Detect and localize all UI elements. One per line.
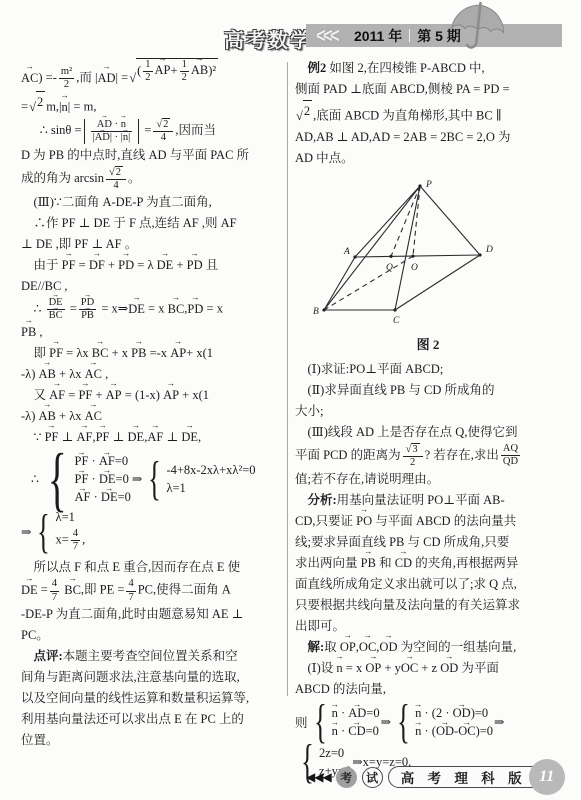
fraction: 12 (143, 59, 152, 84)
text-line: 线;要求异面直线 PB 与 CD 所成角,只要 (295, 532, 561, 553)
vector: AF (75, 490, 91, 505)
system-lines: n · (2 · OD)=0n · (OD-OC)=0 (415, 706, 493, 739)
text-line: 侧面 PAD ⊥底面 ABCD,侧棱 PA = PD = (295, 79, 561, 100)
system-line: n · (OD-OC)=0 (415, 724, 493, 739)
text-line: 由于 PF = DF + PD = λ DE + PD 且 (21, 255, 281, 276)
vector: PB (81, 310, 94, 322)
text-line: ∴ DEBC =PDPB = x⇒DE = x BC,PD = x (21, 297, 281, 322)
vector: AB (191, 60, 208, 81)
vector: AF (147, 427, 163, 448)
vertex-dot-O (411, 254, 414, 257)
solid-edge-PA (355, 186, 420, 257)
solid-edge-PB (324, 186, 420, 310)
vector: AF (77, 427, 93, 448)
system-line: λ=1 (166, 481, 185, 496)
vertex-label-O: O (411, 263, 418, 273)
text-line: D 为 PB 的中点时,直线 AD 与平面 PAC 所 (21, 145, 281, 166)
dashed-edge-BO (324, 256, 413, 310)
radical: √3 (406, 443, 420, 456)
vector: DF (89, 255, 105, 276)
text-line: (Ⅰ)求证:PO⊥平面 ABCD; (295, 359, 561, 380)
text-line: 大小; (295, 401, 561, 422)
vector: n (415, 724, 421, 739)
vector: PF (96, 427, 110, 448)
text-line: =√2m,|n| = m, (21, 91, 281, 118)
vector: PF (62, 255, 76, 276)
vector: BC (64, 580, 81, 601)
math-text: ⇒ (132, 471, 142, 487)
radical: √2 (29, 91, 45, 113)
text-line: AD,AB ⊥ AD,AD = 2AB = 2BC = 2,O 为 (295, 127, 561, 148)
vector: OP (365, 658, 381, 679)
text-line: 平面 PCD 的距离为√32? 若存在,求出AQQD (295, 443, 561, 470)
text-line: 间角与距离问题求法,注意基向量的选取, (21, 667, 281, 688)
brace-system: {-4+8x-2xλ+xλ²=0λ=1 (143, 461, 255, 497)
vector: AD (97, 68, 115, 89)
system-line: n · (2 · OD)=0 (415, 706, 488, 721)
seal-shi: 试 (362, 767, 383, 788)
magazine-page: 高考数学 <<< 2011 年 第 5 期 AC) =-m²2,而 |AD| =… (0, 0, 581, 800)
text-line: 点评:本题主要考查空间位置关系和空 (21, 646, 281, 667)
vertex-label-P: P (425, 180, 432, 190)
radical: √2 (109, 166, 123, 179)
chevron-left-triple-icon: <<< (316, 23, 337, 48)
system-lines: -4+8x-2xλ+xλ²=0λ=1 (166, 463, 255, 496)
vertex-dot-C (393, 308, 396, 311)
vector: DE (128, 299, 145, 320)
vertex-label-A: A (343, 247, 350, 257)
brace-system: {PF · AF=0PF · DE=0AF · DE=0 (40, 452, 131, 506)
solid-edge-CD (395, 255, 480, 310)
math-text: ⇒ (21, 524, 31, 540)
radical: √2 (156, 118, 170, 131)
left-column: AC) =-m²2,而 |AD| =√(12AP+12AB)²=√2m,|n| … (21, 58, 281, 751)
text-line: 位置。 (21, 730, 281, 751)
vertex-label-C: C (393, 316, 400, 326)
page-footer: ◀◀◀ 考 试 高 考 理 科 版 11 (306, 759, 565, 795)
vector: OD (436, 724, 454, 739)
vector: DE (157, 255, 174, 276)
text-line: CD,只要证 PO 与平面 ABCD 的法向量共 (295, 511, 561, 532)
vector: CD (348, 724, 365, 739)
triple-left-arrows-icon: ◀◀◀ (306, 770, 331, 784)
left-brace: { (397, 704, 410, 740)
vector: BC (49, 310, 63, 322)
fraction: 47 (71, 528, 80, 553)
solid-edge-AD (355, 255, 480, 257)
fraction: 47 (50, 578, 59, 603)
dashed-edge-PQ (391, 186, 420, 256)
vector: AP (170, 343, 186, 364)
vector: n (62, 97, 68, 118)
vector: OD (379, 637, 397, 658)
left-brace: { (48, 452, 67, 506)
text-line: 利用基向量法还可以求出点 E 在 PC 上的 (21, 709, 281, 730)
text-line: 求出两向量 PB 和 CD 的夹角,再根据两异 (295, 553, 561, 574)
vector: AD (95, 132, 110, 144)
text-line: 所以点 F 和点 E 重合,因而存在点 E 使 (21, 557, 281, 578)
vector: PD (118, 255, 134, 276)
vertex-label-B: B (313, 307, 319, 317)
math-text: ⇒ (381, 714, 391, 730)
header-banner: <<< 2011 年 第 5 期 (306, 24, 562, 47)
brace-system: {n · AD=0n · CD=0 (309, 704, 380, 740)
text-line: AC) =-m²2,而 |AD| =√(12AP+12AB)² (21, 58, 281, 91)
vector: PB (131, 343, 146, 364)
text-line: 则{n · AD=0n · CD=0⇒{n · (2 · OD)=0n · (O… (295, 704, 561, 740)
fraction: √24 (153, 118, 173, 145)
math-text: ∴ (31, 471, 39, 487)
page-number-badge: 11 (529, 759, 565, 795)
column-divider (287, 62, 288, 696)
vector: n (123, 132, 128, 144)
text-line: AD 中点。 (295, 148, 561, 169)
bold-text: 分析: (308, 493, 337, 507)
vector: OC (401, 658, 418, 679)
figure-caption: 图 2 (303, 334, 553, 353)
brace-system: {n · (2 · OD)=0n · (OD-OC)=0 (392, 704, 493, 740)
text-line: 只要根据共线向量及法向量的有关运算求 (295, 595, 561, 616)
text-line: ABCD 的法向量, (295, 679, 561, 700)
text-line: 又 AF = PF + AP = (1-x) AP + x(1 (21, 385, 281, 406)
text-line: 值;若不存在,请说明理由。 (295, 469, 561, 490)
fraction: AQQD (501, 443, 520, 468)
math-text: 则 (295, 713, 308, 731)
masthead-title: 高考数学 (224, 24, 312, 53)
fraction: m²2 (59, 66, 74, 91)
radical: √2 (296, 100, 312, 122)
left-brace: { (149, 461, 162, 497)
text-line: 例2 如图 2,在四棱锥 P-ABCD 中, (295, 58, 561, 79)
text-line: -DE-P 为直二面角,此时由题意易知 AE ⊥ (21, 604, 281, 625)
vertex-dot-B (322, 308, 325, 311)
vector: CD (395, 553, 412, 574)
vector: OC (458, 724, 475, 739)
text-line: 成的角为 arcsin√24。 (21, 166, 281, 193)
figure-2-diagram: PADQOBC (303, 177, 553, 327)
right-column: 例2 如图 2,在四棱锥 P-ABCD 中,侧面 PAD ⊥底面 ABCD,侧棱… (295, 58, 561, 784)
text-line: (Ⅲ)∵二面角 A-DE-P 为直二面角, (21, 192, 281, 213)
vector: PO (356, 511, 372, 532)
bold-text: 例2 (308, 61, 327, 75)
text-line: (Ⅰ)设 n = x OP + yOC + z OD 为平面 (295, 658, 561, 679)
vector: AP (106, 385, 122, 406)
vertex-dot-A (353, 255, 356, 258)
vector: AP (163, 385, 179, 406)
vector: PB (361, 553, 376, 574)
solid-edge-PD (420, 186, 480, 255)
text-line: PC。 (21, 625, 281, 646)
bold-text: 解: (308, 640, 325, 654)
fraction: AD · n|AD| · |n| (91, 119, 133, 144)
vector: n (336, 658, 342, 679)
text-line: (Ⅲ)线段 AD 上是否存在点 Q,使得它到 (295, 422, 561, 443)
text-line: 出即可。 (295, 616, 561, 637)
system-line: n · CD=0 (332, 724, 379, 739)
vertex-dot-P (418, 184, 421, 187)
fraction: PDPB (79, 297, 96, 322)
system-line: x=47, (56, 528, 86, 553)
vertex-dot-Q (389, 254, 392, 257)
vector: DE (21, 580, 38, 601)
vector: n (332, 724, 338, 739)
text-line: 以及空间向量的线性运算和数量积运算等, (21, 688, 281, 709)
vector: AP (155, 60, 171, 81)
solid-edge-PC (395, 186, 420, 310)
text-line: 即 PF = λx BC + x PB =-x AP+ x(1 (21, 343, 281, 364)
fraction: 12 (180, 59, 189, 84)
edition-label: 高 考 理 科 版 (388, 766, 550, 788)
vector: AC (21, 68, 38, 89)
vector: AF (49, 385, 65, 406)
solid-edge-AB (324, 257, 355, 310)
text-line: DE =47 BC,即 PE =47PC,使得二面角 A (21, 578, 281, 603)
radical: √(12AP+12AB)² (129, 58, 218, 84)
vector: BC (168, 299, 185, 320)
abs-bars: AD · n|AD| · |n| (84, 119, 140, 144)
text-line: 面直线所成角定义求出就可以了;求 Q 点, (295, 574, 561, 595)
system-line: -4+8x-2xλ+xλ²=0 (166, 463, 255, 478)
text-line: ⊥ DE ,即 PF ⊥ AF 。 (21, 234, 281, 255)
fraction: DEBC (47, 297, 65, 322)
figure-2: PADQOBC (303, 177, 553, 332)
vector: PD (187, 299, 203, 320)
text-line: DE//BC , (21, 276, 281, 297)
issue-divider (409, 29, 410, 42)
vector: PD (187, 255, 203, 276)
system-lines: n · AD=0n · CD=0 (332, 706, 380, 739)
left-brace: { (314, 704, 327, 740)
math-text: ⇒ (494, 714, 504, 730)
fraction: 47 (126, 578, 135, 603)
text-line: ∴ sinθ =AD · n|AD| · |n| =√24,因而当 (21, 118, 281, 145)
text-line: 分析:用基向量法证明 PO⊥平面 AB- (295, 490, 561, 511)
vector: DE (128, 427, 145, 448)
dashed-edge-PO (413, 186, 420, 256)
text-line: ∴{PF · AF=0PF · DE=0AF · DE=0⇒{-4+8x-2xλ… (21, 452, 281, 506)
vector: DE (101, 490, 118, 505)
vertex-dot-D (478, 253, 481, 256)
issue-year: 2011 年 (354, 26, 402, 46)
umbrella-icon (447, 2, 509, 52)
fraction: √24 (106, 166, 126, 193)
seal-kao: 考 (336, 767, 357, 788)
vector: DE (181, 427, 198, 448)
bold-text: 点评: (34, 649, 63, 663)
fraction: √32 (403, 443, 423, 470)
text-line: ∴作 PF ⊥ DE 于 F 点,连结 AF ,则 AF (21, 213, 281, 234)
system-lines: PF · AF=0PF · DE=0AF · DE=0 (75, 454, 131, 505)
vertex-label-Q: Q (386, 263, 393, 273)
system-line: AF · DE=0 (75, 490, 131, 505)
text-line: √2,底面 ABCD 为直角梯形,其中 BC ∥ (295, 100, 561, 127)
left-brace: { (38, 514, 51, 550)
text-line: (Ⅱ)求异面直线 PB 与 CD 所成角的 (295, 380, 561, 401)
vector: OD (440, 658, 458, 679)
vector: PB (21, 322, 36, 343)
vertex-label-D: D (485, 245, 493, 255)
